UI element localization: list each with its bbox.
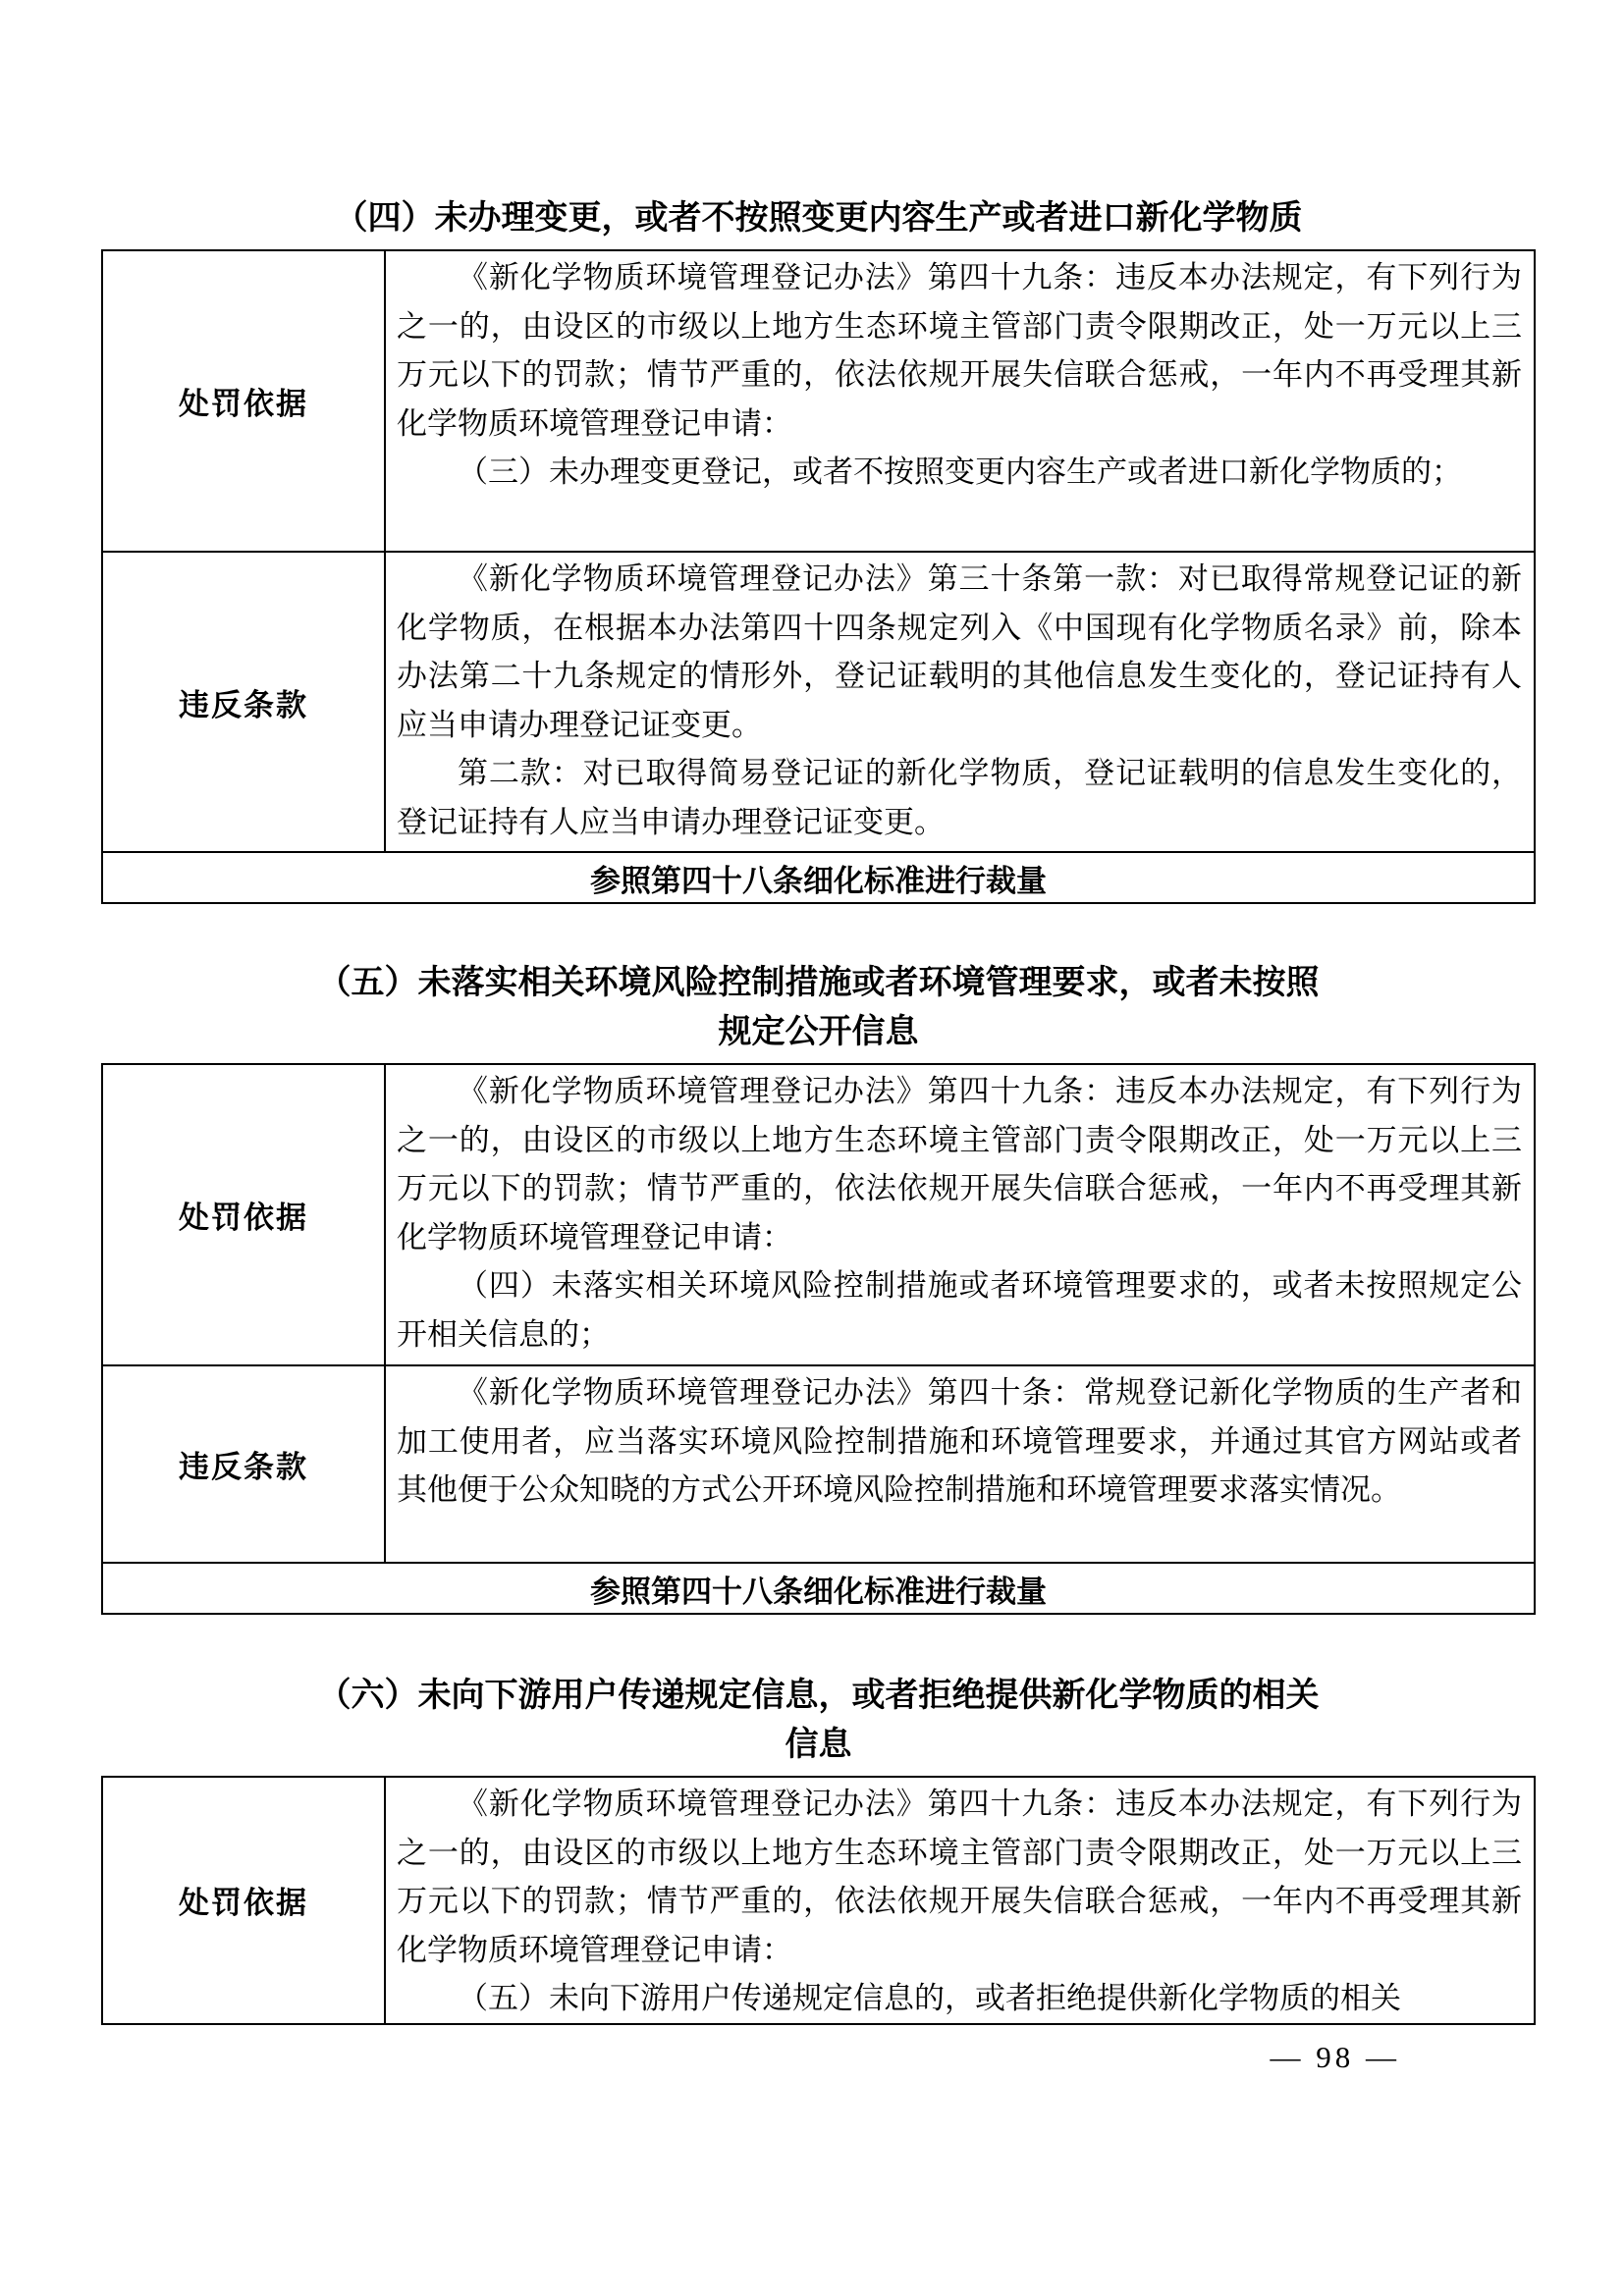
table-row: 违反条款 《新化学物质环境管理登记办法》第三十条第一款：对已取得常规登记证的新化… [102, 552, 1535, 852]
section-4-title-line-1: （四）未办理变更，或者不按照变更内容生产或者进口新化学物质 [101, 194, 1536, 243]
violated-clause-content: 《新化学物质环境管理登记办法》第三十条第一款：对已取得常规登记证的新化学物质，在… [385, 552, 1535, 852]
row-label-penalty-basis: 处罚依据 [102, 1777, 385, 2024]
discretion-standard-note: 参照第四十八条细化标准进行裁量 [102, 1563, 1535, 1614]
section-4-table: 处罚依据 《新化学物质环境管理登记办法》第四十九条：违反本办法规定，有下列行为之… [101, 249, 1536, 904]
row-label-violated-clause: 违反条款 [102, 1365, 385, 1563]
paragraph: 第二款：对已取得简易登记证的新化学物质，登记证载明的信息发生变化的，登记证持有人… [397, 749, 1522, 846]
table-row: 违反条款 《新化学物质环境管理登记办法》第四十条：常规登记新化学物质的生产者和加… [102, 1365, 1535, 1563]
table-row: 参照第四十八条细化标准进行裁量 [102, 852, 1535, 903]
section-6-title-line-1: （六）未向下游用户传递规定信息，或者拒绝提供新化学物质的相关 [101, 1672, 1536, 1721]
section-6-title: （六）未向下游用户传递规定信息，或者拒绝提供新化学物质的相关 信息 [101, 1672, 1536, 1770]
paragraph: （五）未向下游用户传递规定信息的，或者拒绝提供新化学物质的相关 [397, 1974, 1522, 2023]
section-5-table: 处罚依据 《新化学物质环境管理登记办法》第四十九条：违反本办法规定，有下列行为之… [101, 1063, 1536, 1615]
paragraph: 《新化学物质环境管理登记办法》第四十九条：违反本办法规定，有下列行为之一的，由设… [397, 1780, 1522, 1974]
penalty-basis-content: 《新化学物质环境管理登记办法》第四十九条：违反本办法规定，有下列行为之一的，由设… [385, 250, 1535, 552]
paragraph: 《新化学物质环境管理登记办法》第四十九条：违反本办法规定，有下列行为之一的，由设… [397, 1067, 1522, 1261]
table-row: 处罚依据 《新化学物质环境管理登记办法》第四十九条：违反本办法规定，有下列行为之… [102, 250, 1535, 552]
table-row: 处罚依据 《新化学物质环境管理登记办法》第四十九条：违反本办法规定，有下列行为之… [102, 1064, 1535, 1365]
table-row: 处罚依据 《新化学物质环境管理登记办法》第四十九条：违反本办法规定，有下列行为之… [102, 1777, 1535, 2024]
paragraph: （四）未落实相关环境风险控制措施或者环境管理要求的，或者未按照规定公开相关信息的… [397, 1261, 1522, 1359]
section-5-title-line-2: 规定公开信息 [101, 1008, 1536, 1057]
document-page: （四）未办理变更，或者不按照变更内容生产或者进口新化学物质 处罚依据 《新化学物… [0, 0, 1624, 2296]
section-6-title-line-2: 信息 [101, 1721, 1536, 1770]
section-5-title-line-1: （五）未落实相关环境风险控制措施或者环境管理要求，或者未按照 [101, 959, 1536, 1008]
paragraph: （三）未办理变更登记，或者不按照变更内容生产或者进口新化学物质的； [397, 448, 1522, 497]
violated-clause-content: 《新化学物质环境管理登记办法》第四十条：常规登记新化学物质的生产者和加工使用者，… [385, 1365, 1535, 1563]
penalty-basis-content: 《新化学物质环境管理登记办法》第四十九条：违反本办法规定，有下列行为之一的，由设… [385, 1064, 1535, 1365]
section-5-title: （五）未落实相关环境风险控制措施或者环境管理要求，或者未按照 规定公开信息 [101, 959, 1536, 1057]
section-6-table: 处罚依据 《新化学物质环境管理登记办法》第四十九条：违反本办法规定，有下列行为之… [101, 1776, 1536, 2025]
page-number: — 98 — [1271, 2040, 1401, 2075]
row-label-violated-clause: 违反条款 [102, 552, 385, 852]
discretion-standard-note: 参照第四十八条细化标准进行裁量 [102, 852, 1535, 903]
paragraph: 《新化学物质环境管理登记办法》第四十九条：违反本办法规定，有下列行为之一的，由设… [397, 253, 1522, 448]
table-row: 参照第四十八条细化标准进行裁量 [102, 1563, 1535, 1614]
penalty-basis-content: 《新化学物质环境管理登记办法》第四十九条：违反本办法规定，有下列行为之一的，由设… [385, 1777, 1535, 2024]
row-label-penalty-basis: 处罚依据 [102, 1064, 385, 1365]
paragraph: 《新化学物质环境管理登记办法》第三十条第一款：对已取得常规登记证的新化学物质，在… [397, 555, 1522, 749]
section-4-title: （四）未办理变更，或者不按照变更内容生产或者进口新化学物质 [101, 194, 1536, 243]
row-label-penalty-basis: 处罚依据 [102, 250, 385, 552]
paragraph: 《新化学物质环境管理登记办法》第四十条：常规登记新化学物质的生产者和加工使用者，… [397, 1368, 1522, 1515]
document-content: （四）未办理变更，或者不按照变更内容生产或者进口新化学物质 处罚依据 《新化学物… [0, 0, 1624, 2025]
